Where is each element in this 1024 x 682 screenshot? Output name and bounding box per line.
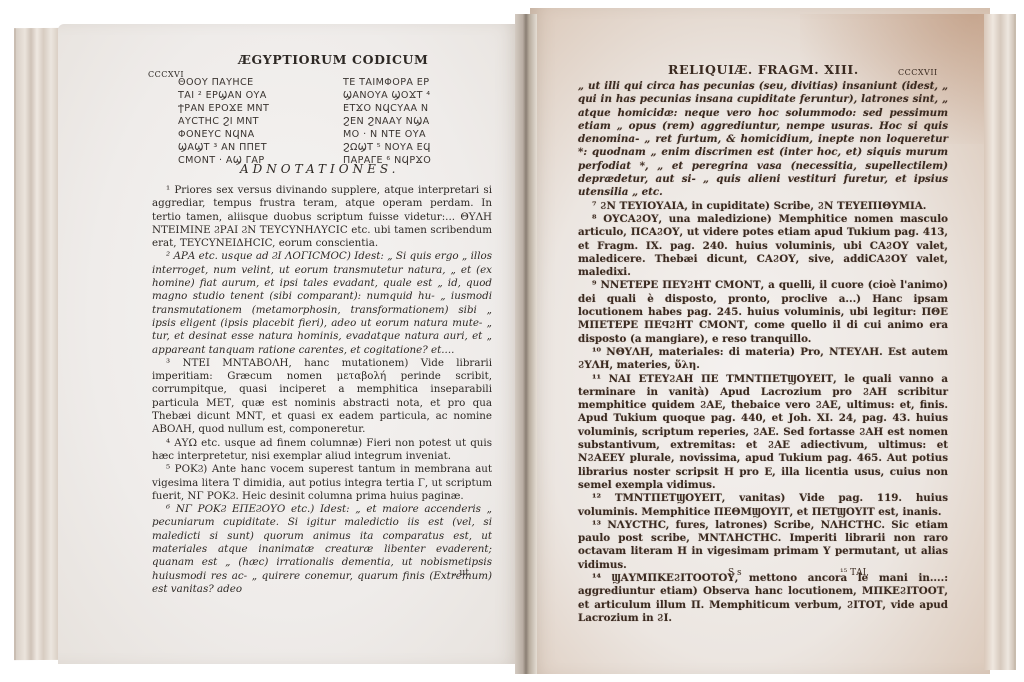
coptic-line: ΤΕ ΤΑΙΜΦΟΡΑ ΕΡ bbox=[343, 76, 431, 89]
coptic-column-left: ΘΟΟΥ ΠΑΥΗCΕ ΤΑΙ ² ΕΡϢΑΝ ΟΥΑ ϮΡΑΝ ΕΡΟϪΕ Μ… bbox=[178, 76, 269, 167]
section-title: ADNOTATIONES. bbox=[240, 162, 399, 176]
right-annotations: „ ut illi qui circa has pecunias (seu, d… bbox=[578, 80, 948, 625]
annotation-paragraph: ⁸ ΟΥCΑϨΟΥ, una maledizione) Memphitice n… bbox=[578, 213, 948, 279]
annotation-paragraph: ¹⁴ ϢΑΥΜΠΚΕϨΙΤΟΟΤΟΥ, mettono ancora le ma… bbox=[578, 572, 948, 625]
annotation-paragraph: ⁶ ΝΓ ΡΟΚϨ ΕΠΕϨΟΥΟ etc.) Idest: „ et maio… bbox=[152, 503, 492, 596]
annotation-paragraph: ¹³ ΝΛΥCΤΗC, fures, latrones) Scribe, ΝΛΗ… bbox=[578, 519, 948, 572]
annotation-paragraph: „ ut illi qui circa has pecunias (seu, d… bbox=[578, 80, 948, 200]
coptic-line: ϢΑΝΟΥΑ ϢΟϪΤ ⁴ bbox=[343, 89, 431, 102]
coptic-column-right: ΤΕ ΤΑΙΜΦΟΡΑ ΕΡ ϢΑΝΟΥΑ ϢΟϪΤ ⁴ ΕΤϪΟ ΝϤCΥΑΑ… bbox=[343, 76, 431, 167]
coptic-line: ΘΟΟΥ ΠΑΥΗCΕ bbox=[178, 76, 269, 89]
coptic-line: ϮΡΑΝ ΕΡΟϪΕ ΜΝΤ bbox=[178, 102, 269, 115]
coptic-line: ΑΥCΤΗC ϨΙ ΜΝΤ bbox=[178, 115, 269, 128]
annotation-paragraph: ¹² ΤΜΝΤΠΕΤϢΟΥΕΙΤ, vanitas) Vide pag. 119… bbox=[578, 492, 948, 519]
annotation-paragraph: ⁷ ϨΝ ΤΕΥΙΟΥΑΙΑ, in cupiditate) Scribe, Ϩ… bbox=[578, 200, 948, 213]
annotation-paragraph: ⁴ ΑΥΩ etc. usque ad finem columnæ) Fieri… bbox=[152, 437, 492, 464]
right-page-edges bbox=[984, 14, 1016, 670]
coptic-line: ϨΕΝ ϨΝΑΑΥ ΝϢΑ bbox=[343, 115, 431, 128]
annotation-paragraph: ³ ΝΤΕΙ ΜΝΤΑΒΟΛΗ, hanc mutationem) Vide l… bbox=[152, 357, 492, 437]
left-catchword: „ ut bbox=[452, 568, 469, 578]
annotation-paragraph: ⁵ ΡΟΚϨ) Ante hanc vocem superest tantum … bbox=[152, 463, 492, 503]
right-folio: CCCXVII bbox=[898, 68, 938, 77]
coptic-line: ϨΩϢΤ ⁵ ΝΟΥΑ ΕϤ bbox=[343, 141, 431, 154]
annotation-paragraph: ¹ Priores sex versus divinando supplere,… bbox=[152, 184, 492, 250]
right-catchword: ¹⁵ ΤΑΙ, bbox=[840, 568, 869, 578]
book-gutter bbox=[515, 14, 537, 674]
left-annotations: ¹ Priores sex versus divinando supplere,… bbox=[152, 184, 492, 596]
left-running-head: ÆGYPTIORUM CODICUM bbox=[238, 52, 428, 67]
annotation-paragraph: ¹⁰ ΝΘΥΛΗ, materiales: di materia) Pro, Ν… bbox=[578, 346, 948, 373]
coptic-line: ΜΟ · Ν ΝΤΕ ΟΥΑ bbox=[343, 128, 431, 141]
signature-mark: S s bbox=[728, 568, 742, 578]
coptic-line: ΦΟΝΕΥC ΝϤΝΑ bbox=[178, 128, 269, 141]
right-running-head: RELIQUIÆ. FRAGM. XIII. bbox=[668, 62, 859, 77]
coptic-line: ΕΤϪΟ ΝϤCΥΑΑ Ν bbox=[343, 102, 431, 115]
open-book: CCCXVI ÆGYPTIORUM CODICUM ΘΟΟΥ ΠΑΥΗCΕ ΤΑ… bbox=[0, 0, 1024, 682]
annotation-paragraph: ⁹ ΝΝΕΤΕΡΕ ΠΕΥϨΗΤ CΜΟΝΤ, a quelli, il cuo… bbox=[578, 279, 948, 345]
annotation-paragraph: ² ΑΡΑ etc. usque ad ϨΙ ΛΟΓΙCΜΟC) Idest: … bbox=[152, 250, 492, 356]
coptic-line: ΤΑΙ ² ΕΡϢΑΝ ΟΥΑ bbox=[178, 89, 269, 102]
annotation-paragraph: ¹¹ ΝΑΙ ΕΤΕΥϨΑΗ ΠΕ ΤΜΝΤΠΕΤϢΟΥΕΙΤ, le qual… bbox=[578, 373, 948, 493]
coptic-line: ϢΑϢΤ ³ ΑΝ ΠΠΕΤ bbox=[178, 141, 269, 154]
